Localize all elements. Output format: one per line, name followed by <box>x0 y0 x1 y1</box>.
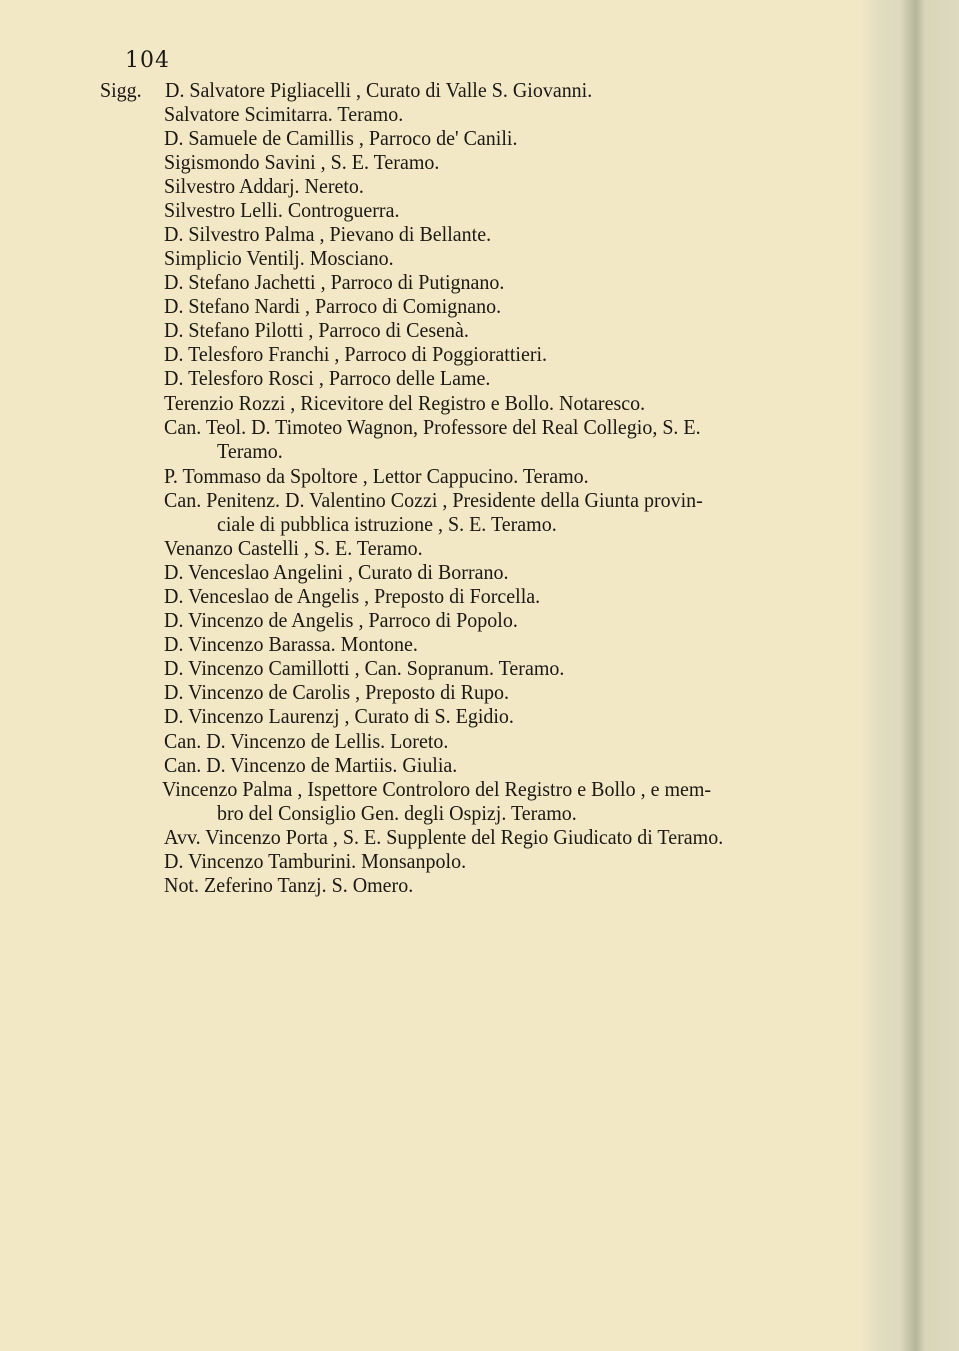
list-item: D. Vincenzo Laurenzj , Curato di S. Egid… <box>164 704 514 728</box>
list-item: D. Venceslao de Angelis , Preposto di Fo… <box>164 584 540 608</box>
list-item: Silvestro Addarj. Nereto. <box>164 174 364 198</box>
list-item: Can. Teol. D. Timoteo Wagnon, Professore… <box>164 415 701 439</box>
list-prefix: Sigg. <box>100 78 142 102</box>
list-item: Sigismondo Savini , S. E. Teramo. <box>164 150 439 174</box>
list-item: D. Salvatore Pigliacelli , Curato di Val… <box>165 78 592 102</box>
list-item: Can. Penitenz. D. Valentino Cozzi , Pres… <box>164 488 703 512</box>
list-item: D. Venceslao Angelini , Curato di Borran… <box>164 560 508 584</box>
list-item: Silvestro Lelli. Controguerra. <box>164 198 399 222</box>
list-item-continuation: bro del Consiglio Gen. degli Ospizj. Ter… <box>217 801 577 825</box>
list-item: Avv. Vincenzo Porta , S. E. Supplente de… <box>164 825 723 849</box>
list-item: D. Silvestro Palma , Pievano di Bellante… <box>164 222 491 246</box>
page-number: 104 <box>125 48 170 73</box>
list-item: D. Vincenzo Barassa. Montone. <box>164 632 418 656</box>
list-item: D. Telesforo Rosci , Parroco delle Lame. <box>164 366 490 390</box>
list-item: Can. D. Vincenzo de Lellis. Loreto. <box>164 729 448 753</box>
list-item: D. Samuele de Camillis , Parroco de' Can… <box>164 126 517 150</box>
list-item: Can. D. Vincenzo de Martiis. Giulia. <box>164 753 457 777</box>
list-item: D. Stefano Jachetti , Parroco di Putigna… <box>164 270 504 294</box>
book-page: 104 Sigg. D. Salvatore Pigliacelli , Cur… <box>0 0 959 1351</box>
list-item: Venanzo Castelli , S. E. Teramo. <box>164 536 423 560</box>
list-item: Not. Zeferino Tanzj. S. Omero. <box>164 873 413 897</box>
list-item: P. Tommaso da Spoltore , Lettor Cappucin… <box>164 464 589 488</box>
list-item: D. Telesforo Franchi , Parroco di Poggio… <box>164 342 547 366</box>
list-item: D. Vincenzo Tamburini. Monsanpolo. <box>164 849 466 873</box>
list-item: D. Vincenzo Camillotti , Can. Sopranum. … <box>164 656 564 680</box>
list-item: Salvatore Scimitarra. Teramo. <box>164 102 403 126</box>
list-item: D. Vincenzo de Carolis , Preposto di Rup… <box>164 680 509 704</box>
list-item: Simplicio Ventilj. Mosciano. <box>164 246 394 270</box>
list-item: Terenzio Rozzi , Ricevitore del Registro… <box>164 391 645 415</box>
list-item-continuation: Teramo. <box>217 439 283 463</box>
list-item: D. Vincenzo de Angelis , Parroco di Popo… <box>164 608 518 632</box>
list-item: D. Stefano Pilotti , Parroco di Cesenà. <box>164 318 469 342</box>
list-item: D. Stefano Nardi , Parroco di Comignano. <box>164 294 501 318</box>
list-item: Vincenzo Palma , Ispettore Controloro de… <box>162 777 711 801</box>
list-item-continuation: ciale di pubblica istruzione , S. E. Ter… <box>217 512 557 536</box>
